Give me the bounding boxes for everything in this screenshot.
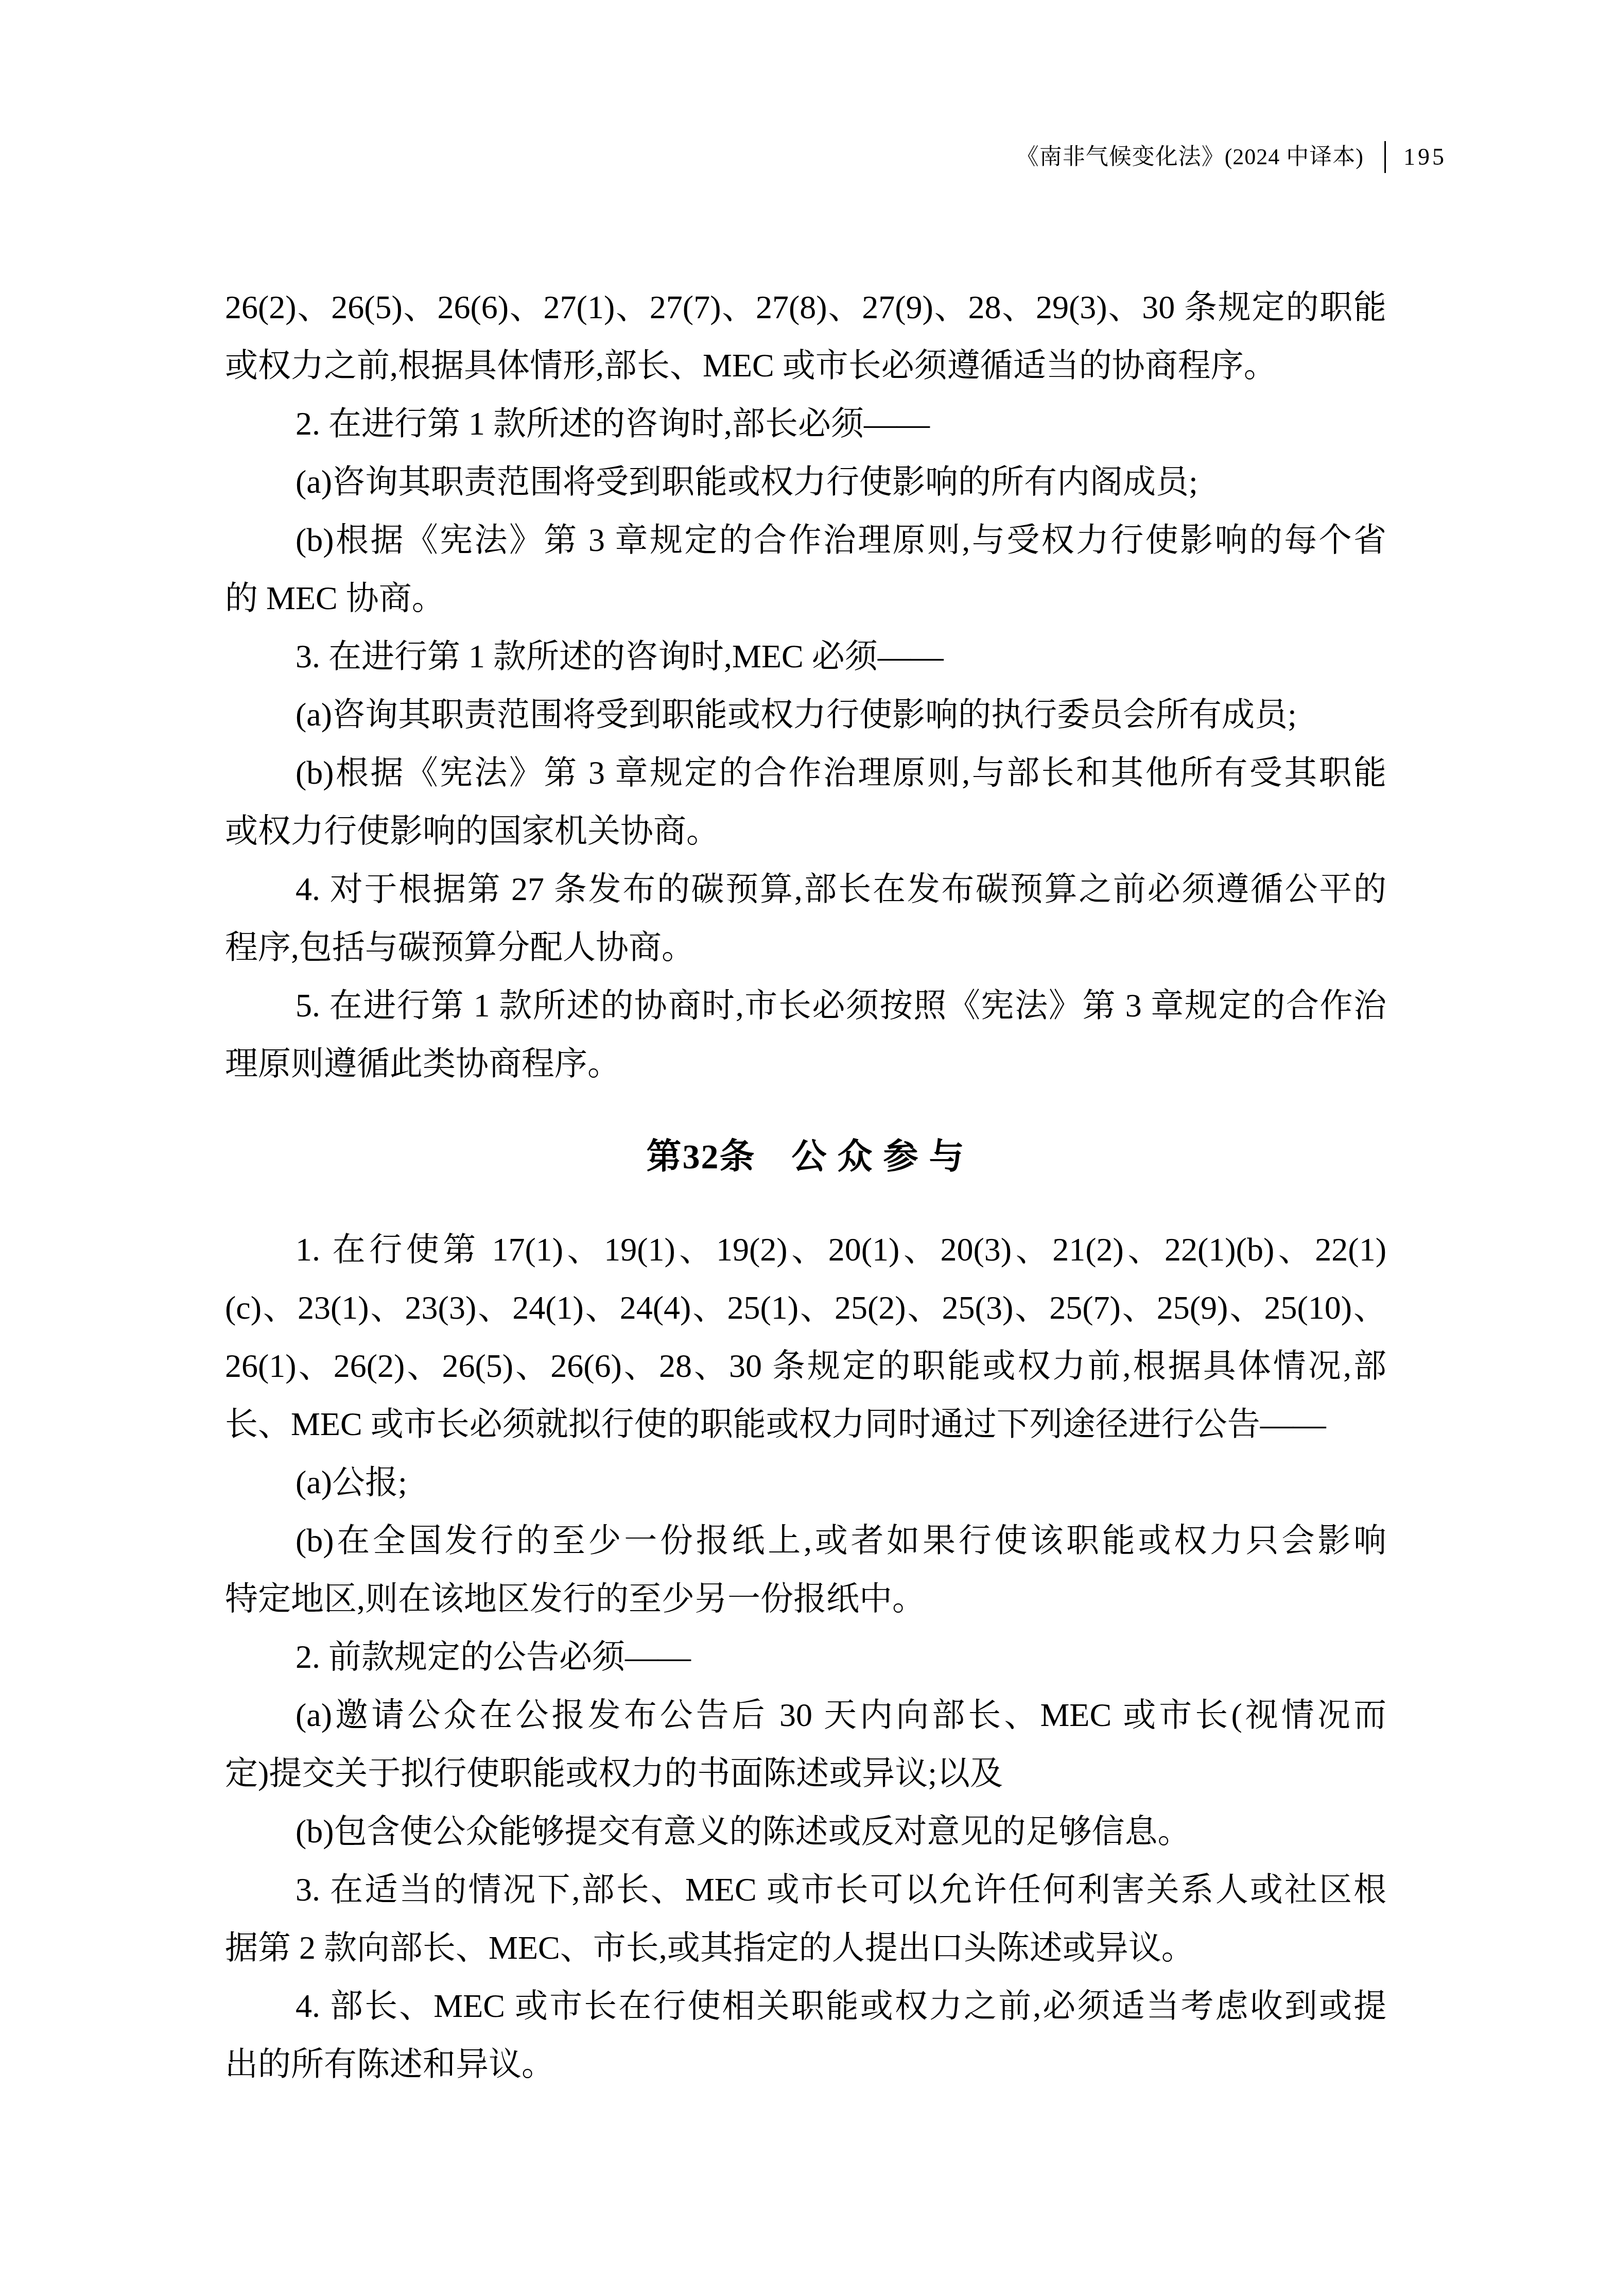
header-divider — [1384, 141, 1386, 173]
body-line: 定)提交关于拟行使职能或权力的书面陈述或异议;以及 — [225, 1744, 1386, 1802]
body-line: 5. 在进行第 1 款所述的协商时,市长必须按照《宪法》第 3 章规定的合作治 — [225, 976, 1386, 1034]
body-line: (b)包含使公众能够提交有意义的陈述或反对意见的足够信息。 — [225, 1802, 1386, 1860]
body-line: 理原则遵循此类协商程序。 — [225, 1034, 1386, 1093]
body-line: (a)邀请公众在公报发布公告后 30 天内向部长、MEC 或市长(视情况而 — [225, 1686, 1386, 1744]
body-line: 3. 在进行第 1 款所述的咨询时,MEC 必须—— — [225, 627, 1386, 685]
body-line: 3. 在适当的情况下,部长、MEC 或市长可以允许任何利害关系人或社区根 — [225, 1860, 1386, 1919]
body-line: 或权力之前,根据具体情形,部长、MEC 或市长必须遵循适当的协商程序。 — [225, 336, 1386, 394]
page-number: 195 — [1403, 140, 1447, 174]
body-line: 4. 对于根据第 27 条发布的碳预算,部长在发布碳预算之前必须遵循公平的 — [225, 860, 1386, 918]
body-line: 或权力行使影响的国家机关协商。 — [225, 802, 1386, 860]
section-title: 公 众 参 与 — [792, 1137, 965, 1176]
body-line: (b)根据《宪法》第 3 章规定的合作治理原则,与受权力行使影响的每个省 — [225, 511, 1386, 569]
page: 《南非气候变化法》(2024 中译本) 195 26(2)、26(5)、26(6… — [0, 0, 1615, 2296]
body-line: 程序,包括与碳预算分配人协商。 — [225, 918, 1386, 976]
body-line: (b)根据《宪法》第 3 章规定的合作治理原则,与部长和其他所有受其职能 — [225, 744, 1386, 802]
body-line: 2. 在进行第 1 款所述的咨询时,部长必须—— — [225, 394, 1386, 453]
section-number: 第32条 — [646, 1137, 755, 1176]
body-line: (a)咨询其职责范围将受到职能或权力行使影响的执行委员会所有成员; — [225, 685, 1386, 744]
page-header: 《南非气候变化法》(2024 中译本) 195 — [1016, 140, 1447, 174]
body-line: 出的所有陈述和异议。 — [225, 2035, 1386, 2093]
body-line: 的 MEC 协商。 — [225, 569, 1386, 627]
body-line: (a)公报; — [225, 1453, 1386, 1511]
book-title: 《南非气候变化法》(2024 中译本) — [1016, 140, 1364, 174]
body-line: 26(1)、26(2)、26(5)、26(6)、28、30 条规定的职能或权力前… — [225, 1337, 1386, 1395]
body-line: 特定地区,则在该地区发行的至少另一份报纸中。 — [225, 1569, 1386, 1628]
body-line: 2. 前款规定的公告必须—— — [225, 1628, 1386, 1686]
body-line: 据第 2 款向部长、MEC、市长,或其指定的人提出口头陈述或异议。 — [225, 1919, 1386, 1977]
body-line: 长、MEC 或市长必须就拟行使的职能或权力同时通过下列途径进行公告—— — [225, 1395, 1386, 1453]
section-heading: 第32条 公 众 参 与 — [225, 1126, 1386, 1187]
body-line: (b)在全国发行的至少一份报纸上,或者如果行使该职能或权力只会影响 — [225, 1511, 1386, 1569]
document-body: 26(2)、26(5)、26(6)、27(1)、27(7)、27(8)、27(9… — [225, 278, 1386, 2093]
body-line: 1. 在行使第 17(1)、19(1)、19(2)、20(1)、20(3)、21… — [225, 1220, 1386, 1279]
body-line: (a)咨询其职责范围将受到职能或权力行使影响的所有内阁成员; — [225, 453, 1386, 511]
heading-spacer — [755, 1137, 791, 1176]
body-line: 26(2)、26(5)、26(6)、27(1)、27(7)、27(8)、27(9… — [225, 278, 1386, 336]
body-line: 4. 部长、MEC 或市长在行使相关职能或权力之前,必须适当考虑收到或提 — [225, 1977, 1386, 2035]
body-line: (c)、23(1)、23(3)、24(1)、24(4)、25(1)、25(2)、… — [225, 1279, 1386, 1337]
